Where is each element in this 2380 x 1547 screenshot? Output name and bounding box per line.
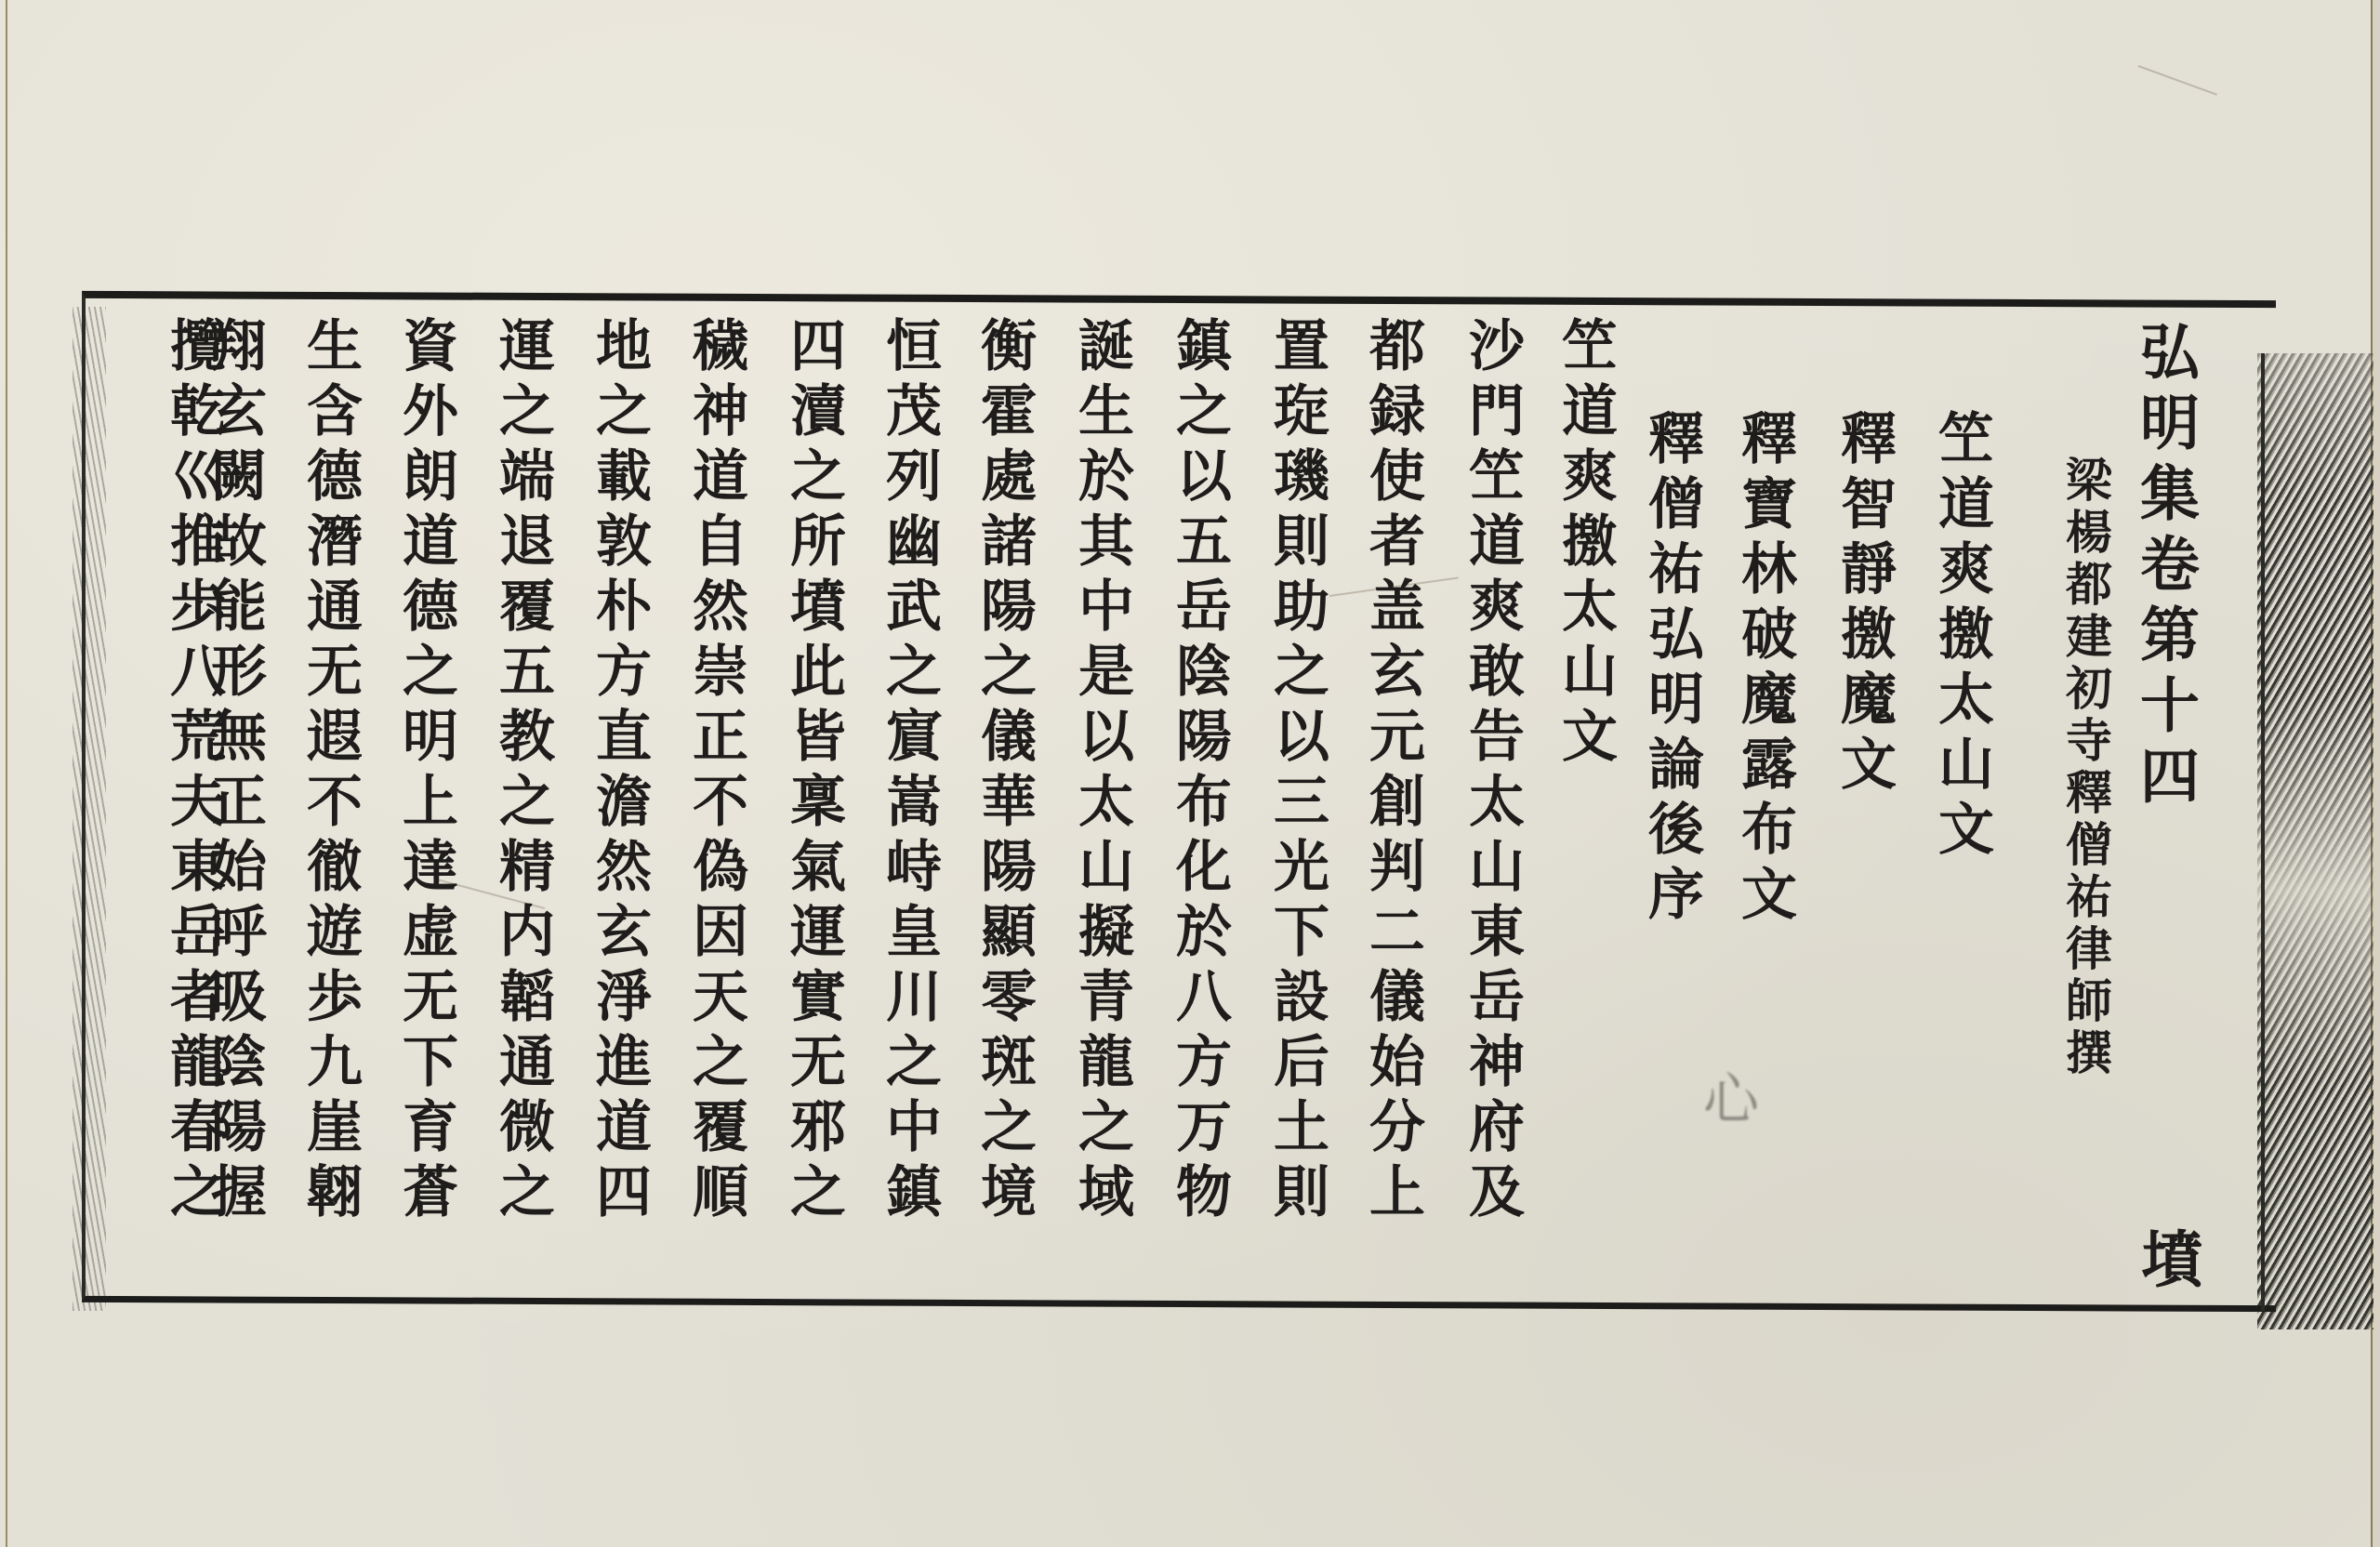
body-text-column: 置琁璣則助之以三光下設后土則 [1269, 316, 1325, 1227]
toc-item: 釋寶林破魔露布文 [1737, 409, 1792, 930]
left-page-edge [6, 0, 7, 1547]
body-text-column: 攬乾巛推歩八荒夫東岳者龍春之 [165, 316, 221, 1227]
author-line: 梁楊都建初寺釋僧祐律師撰 [2062, 456, 2109, 1080]
body-text-column: 四瀆之所墳此皆稟氣運實无邪之 [786, 316, 841, 1227]
volume-title: 弘明集卷第十四 [2135, 321, 2194, 815]
frame-right-rule [2261, 353, 2265, 1311]
body-text-column: 恒茂列幽武之賔嵩峙皇川之中鎮 [881, 316, 937, 1227]
body-text-column: 穢神道自然崇正不偽因天之覆順 [688, 316, 744, 1227]
ink-smudge: 心 [1701, 1069, 1766, 1153]
body-text-column: 運之端退覆五教之精内韜通微之 [495, 316, 550, 1227]
body-text-column: 誕生於其中是以太山擬青龍之域 [1074, 316, 1130, 1227]
toc-item: 釋僧祐弘明論後序 [1644, 409, 1699, 930]
toc-item: 釋智靜撽魔文 [1836, 409, 1892, 800]
toc-item: 笁道爽撽太山文 [1934, 409, 1990, 865]
body-text-column: 鎮之以五岳陰陽布化於八方万物 [1171, 316, 1227, 1227]
paper-fiber [2138, 65, 2217, 96]
body-text-column: 地之載敦朴方直澹然玄淨進道四 [591, 316, 647, 1227]
body-text-column: 資外朗道德之明上達虚无下育蒼 [398, 316, 454, 1227]
body-heading-column: 笁道爽撽太山文 [1557, 316, 1613, 772]
body-text-column: 生含德潛通无遐不徹遊歩九崖翺 [302, 316, 358, 1227]
volume-mark: 墳 [2136, 1227, 2198, 1289]
body-text-column: 沙門笁道爽敢告太山東岳神府及 [1464, 316, 1520, 1227]
body-text-column: 衡霍處諸陽之儀華陽顯零斑之境 [976, 316, 1032, 1227]
book-page: 弘明集卷第十四 梁楊都建初寺釋僧祐律師撰 墳 笁道爽撽太山文 釋智靜撽魔文 釋寶… [0, 0, 2380, 1547]
adjacent-page-strip [2373, 0, 2380, 1547]
body-text-column: 都録使者盖玄元創判二儀始分上 [1365, 316, 1421, 1227]
